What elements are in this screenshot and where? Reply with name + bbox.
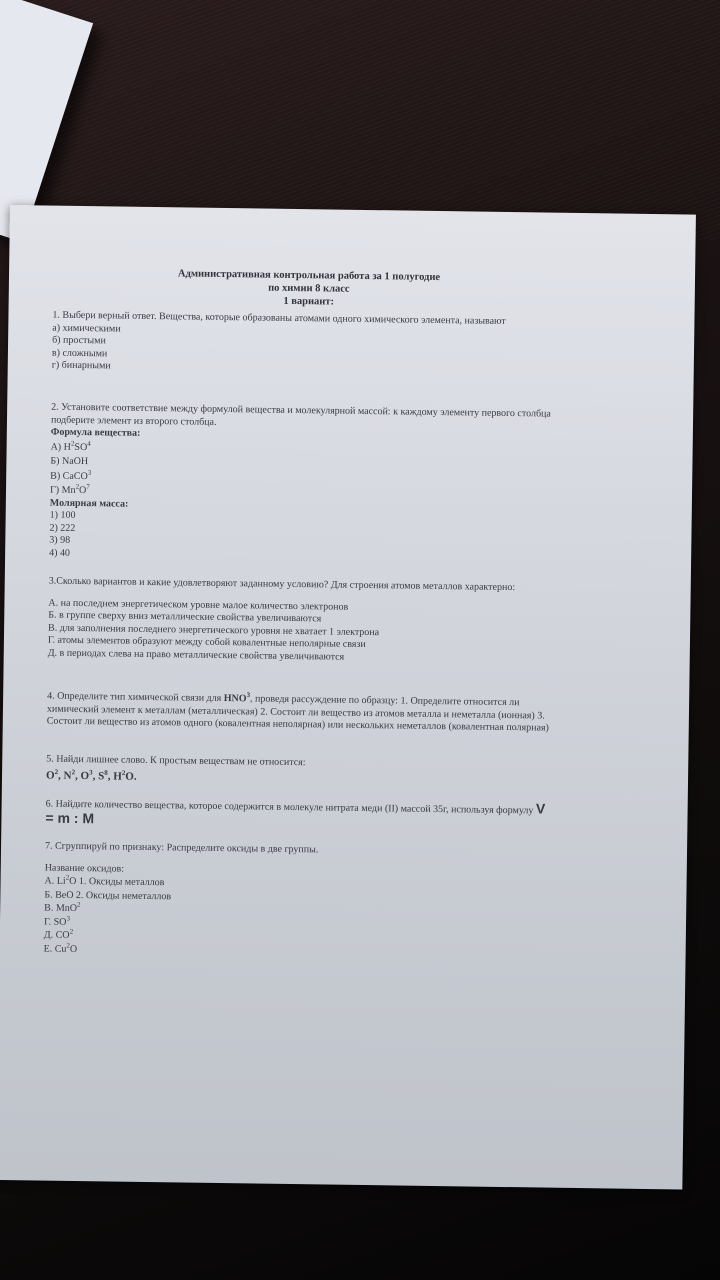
question-7: 7. Сгруппируй по признаку: Распределите …: [44, 841, 546, 963]
substance: O2: [46, 769, 58, 781]
question-4: 4. Определите тип химической связи для H…: [47, 691, 557, 736]
desk-surface: [0, 0, 720, 240]
question-3: 3.Сколько вариантов и какие удовлетворяю…: [48, 576, 549, 667]
substance: N2: [64, 769, 76, 781]
substance: H2O: [113, 770, 134, 782]
question-2: 2. Установите соответствие между формуло…: [49, 402, 551, 567]
question-1: 1. Выбери верный ответ. Вещества, которы…: [52, 310, 553, 379]
formula-list: А) H2SO4Б) NaOHВ) CaCO3Г) Mn2O7: [50, 441, 551, 504]
oxide-list: А. Li2O 1. Оксиды металловБ. BeO 2. Окси…: [44, 876, 545, 963]
test-sheet: Административная контрольная работа за 1…: [0, 205, 696, 1189]
question-text: 6. Найдите количество вещества, которое …: [45, 796, 545, 834]
substance: O3: [80, 770, 92, 782]
question-5: 5. Найди лишнее слово. К простым веществ…: [46, 754, 546, 789]
page-title: Административная контрольная работа за 1…: [149, 267, 470, 310]
question-text: 4. Определите тип химической связи для H…: [47, 691, 557, 736]
question-6: 6. Найдите количество вещества, которое …: [45, 796, 545, 834]
substance: S8: [98, 770, 108, 782]
formula-hno3: HNO3: [224, 693, 250, 704]
